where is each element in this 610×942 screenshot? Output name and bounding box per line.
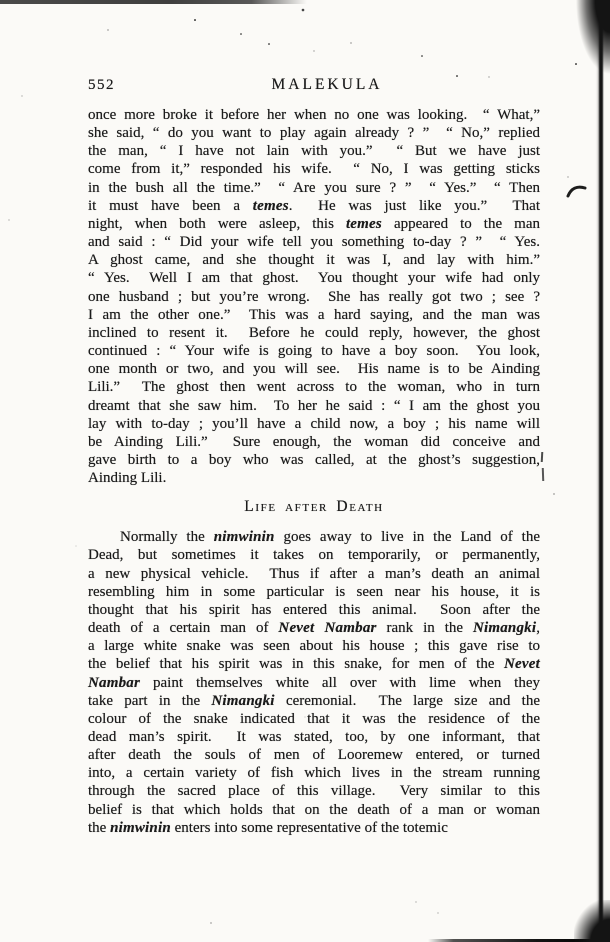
text-line: lay with to-day ; you’ll have a child no… [88, 415, 540, 433]
italic-term: nimwinin [214, 529, 275, 545]
text-line: a new physical vehicle. Thus if after a … [88, 565, 540, 583]
text-line: belief is that which holds that on the d… [88, 801, 540, 819]
running-title: MALEKULA [101, 76, 553, 94]
text-line: be Ainding Lili.” Sure enough, the woman… [88, 433, 540, 451]
scan-edge-right [599, 0, 603, 942]
pen-mark [566, 183, 588, 199]
text-line: continued : “ Your wife is going to have… [88, 342, 540, 360]
text-line: once more broke it before her when no on… [88, 106, 540, 124]
text-line: inclined to resent it. Before he could r… [88, 324, 540, 342]
italic-term: temes [253, 198, 289, 214]
text-line: into, a certain variety of fish which li… [88, 764, 540, 782]
text-line: gave birth to a boy who was called, at t… [88, 451, 540, 469]
text-line: I am the other one.” This was a hard say… [88, 306, 540, 324]
paragraph: Normally the nimwinin goes away to live … [88, 528, 540, 837]
section-heading: Life after Death [88, 498, 540, 516]
text-line: in the bush all the time.” “ Are you sur… [88, 179, 540, 197]
scan-corner-top-right [564, 0, 610, 100]
text-line: Dead, but sometimes it takes on temporar… [88, 546, 540, 564]
text-line: one husband ; but you’re wrong. She has … [88, 288, 540, 306]
paragraph: once more broke it before her when no on… [88, 106, 540, 487]
text-line: colour of the snake indicated that it wa… [88, 710, 540, 728]
text-line: Normally the nimwinin goes away to live … [88, 528, 540, 546]
text-line: dreamt that she saw him. To her he said … [88, 397, 540, 415]
text-line: Nambar paint themselves white all over w… [88, 674, 540, 692]
text-line: thought that his spirit has entered this… [88, 601, 540, 619]
text-line: through the sacred place of this village… [88, 782, 540, 800]
italic-term: temes [346, 216, 382, 232]
margin-tick [542, 468, 544, 481]
text-line: take part in the Nimangki ceremonial. Th… [88, 692, 540, 710]
scan-noise-specks [0, 0, 2, 2]
text-line: and said : “ Did your wife tell you some… [88, 233, 540, 251]
italic-term: Nevet Nambar [278, 620, 376, 636]
italic-term: Nimangki [473, 620, 536, 636]
text-line: “ Yes. Well I am that ghost. You thought… [88, 269, 540, 287]
text-line: death of a certain man of Nevet Nambar r… [88, 619, 540, 637]
text-line: one month or two, and you will see. His … [88, 360, 540, 378]
text-line: Ainding Lili. [88, 469, 540, 487]
scanned-book-page: 552 MALEKULA once more broke it before h… [0, 0, 610, 942]
text-block: once more broke it before her when no on… [88, 106, 540, 837]
italic-term: nimwinin [110, 820, 171, 836]
text-line: Lili.” The ghost then went across to the… [88, 378, 540, 396]
text-line: after death the souls of men of Looremew… [88, 746, 540, 764]
text-line: it must have been a temes. He was just l… [88, 197, 540, 215]
scan-edge-top [0, 0, 307, 4]
text-line: A ghost came, and she thought it was I, … [88, 251, 540, 269]
text-line: the man, “ I have not lain with you.” “ … [88, 142, 540, 160]
scan-corner-bottom-right [574, 900, 610, 942]
text-line: she said, “ do you want to play again al… [88, 124, 540, 142]
text-line: the belief that his spirit was in this s… [88, 655, 540, 673]
italic-term: Nimangki [211, 693, 274, 709]
italic-term: Nevet [504, 656, 540, 672]
margin-tick [541, 452, 544, 462]
page-header: 552 MALEKULA [88, 76, 540, 98]
text-line: the nimwinin enters into some representa… [88, 819, 540, 837]
text-line: a large white snake was seen about his h… [88, 637, 540, 655]
text-line: resembling him in some particular is see… [88, 583, 540, 601]
text-line: night, when both were asleep, this temes… [88, 215, 540, 233]
italic-term: Nambar [88, 675, 140, 691]
text-line: dead man’s spirit. It was stated, too, b… [88, 728, 540, 746]
text-line: come from it,” responded his wife. “ No,… [88, 160, 540, 178]
